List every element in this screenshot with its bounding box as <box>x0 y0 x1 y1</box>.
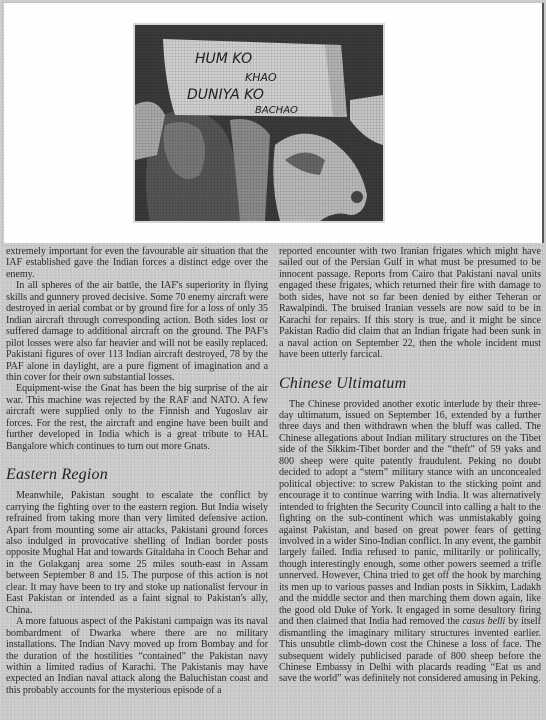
section-heading-eastern-region: Eastern Region <box>6 466 268 484</box>
section-heading-chinese-ultimatum: Chinese Ultimatum <box>279 375 541 393</box>
photo-image: HUM KO KHAO DUNIYA KO BACHAO <box>135 25 383 221</box>
paragraph: The Chinese provided another exotic inte… <box>279 399 541 685</box>
paragraph: Equipment-wise the Gnat has been the big… <box>6 383 268 452</box>
paragraph: A more fatuous aspect of the Pakistani c… <box>6 616 268 696</box>
paragraph: In all spheres of the air battle, the IA… <box>6 280 268 383</box>
paragraph: extremely important for even the favoura… <box>6 246 268 280</box>
italic-phrase: casus belli <box>463 616 506 627</box>
paragraph: Meanwhile, Pakistan sought to escalate t… <box>6 490 268 616</box>
sheep-placard-photo: HUM KO KHAO DUNIYA KO BACHAO <box>133 23 385 223</box>
right-column: reported encounter with two Iranian frig… <box>279 246 541 685</box>
left-column: extremely important for even the favoura… <box>6 246 268 696</box>
paragraph-text: The Chinese provided another exotic inte… <box>279 399 541 628</box>
photo-card: HUM KO KHAO DUNIYA KO BACHAO <box>4 3 544 243</box>
paragraph: reported encounter with two Iranian frig… <box>279 246 541 361</box>
